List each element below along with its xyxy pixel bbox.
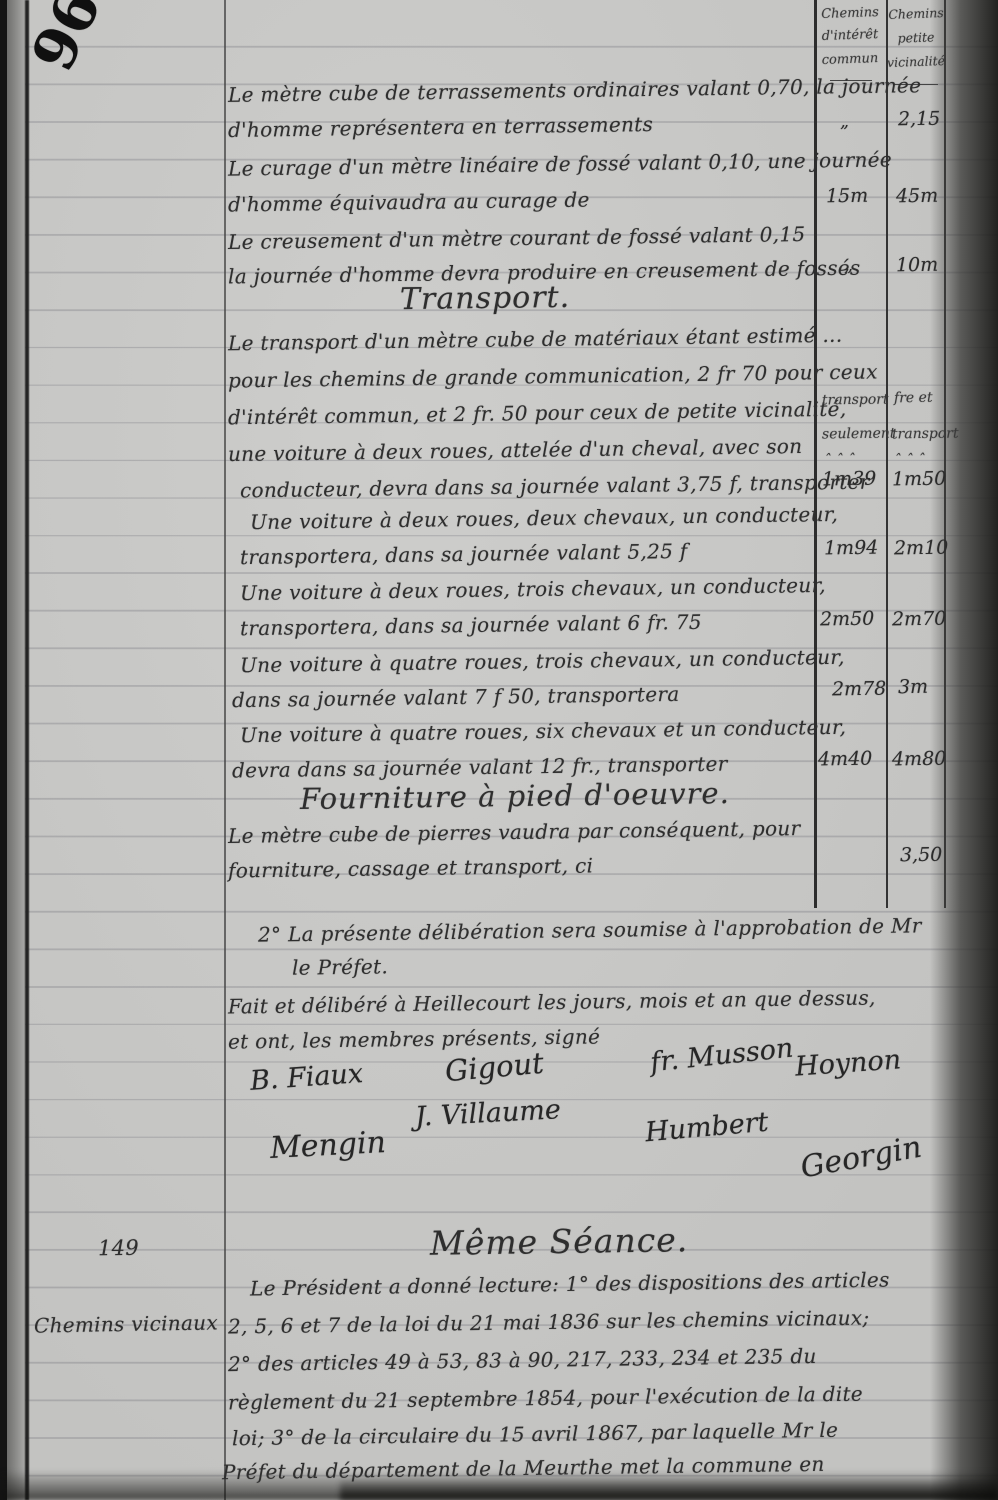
body-line: Une voiture à quatre roues, six chevaux … <box>240 715 846 747</box>
body-line: Le mètre cube de terrassements ordinaire… <box>228 73 922 107</box>
col2-note-line1: fre et <box>894 390 933 407</box>
signature: Georgin <box>798 1130 924 1186</box>
body-line: dans sa journée valant 7 f 50, transport… <box>232 682 680 712</box>
value-cell: 4m40 <box>818 748 873 771</box>
seance-line: 2, 5, 6 et 7 de la loi du 21 mai 1836 su… <box>228 1306 870 1339</box>
value-cell: 2m78 <box>832 678 887 701</box>
fourniture-heading: Fourniture à pied d'oeuvre. <box>300 776 730 816</box>
value-cell: 15m <box>826 185 869 208</box>
seance-line: Le Président a donné lecture: 1° des dis… <box>250 1268 890 1301</box>
signature: B. Fiaux <box>249 1058 364 1097</box>
caret-marks-col2: ˆˆˆ <box>894 452 930 469</box>
value-cell: 3m <box>898 676 928 698</box>
signature: Hoynon <box>794 1044 902 1082</box>
body-line: fourniture, cassage et transport, ci <box>228 853 594 882</box>
body-line: Le mètre cube de pierres vaudra par cons… <box>228 816 801 848</box>
page-number: 96 <box>18 0 114 81</box>
value-cell: 3,50 <box>900 844 943 867</box>
seance-line: règlement du 21 septembre 1854, pour l'e… <box>228 1382 863 1415</box>
value-cell: 2m50 <box>820 608 875 631</box>
body-line: Une voiture à quatre roues, trois chevau… <box>240 645 845 677</box>
body-line: d'homme représentera en terrassements <box>228 112 653 142</box>
binding-gutter <box>7 0 25 1500</box>
col2-header-line2: petite <box>888 29 944 46</box>
table-column-line-2 <box>886 0 888 908</box>
caret-marks-col1: ˆˆˆ <box>824 452 860 469</box>
col2-note-line2: transport <box>892 426 959 443</box>
value-cell: 1m94 <box>824 537 879 560</box>
deliberation-line: le Préfet. <box>292 954 388 979</box>
signature: fr. Musson <box>649 1033 795 1079</box>
bottom-shadow-2 <box>340 1478 998 1500</box>
value-cell: „ <box>844 256 853 276</box>
body-line: Une voiture à deux roues, deux chevaux, … <box>250 502 838 534</box>
value-cell: 10m <box>896 254 939 277</box>
signature: Humbert <box>644 1107 770 1149</box>
value-cell: 2,15 <box>898 108 941 131</box>
body-line: d'homme équivaudra au curage de <box>228 187 590 216</box>
value-cell: „ <box>840 112 849 132</box>
signature: Mengin <box>269 1125 387 1166</box>
body-line: Le transport d'un mètre cube de matériau… <box>228 323 843 356</box>
body-line: conducteur, devra dans sa journée valant… <box>240 470 870 503</box>
value-cell: 2m10 <box>894 537 949 560</box>
register-page: 96 Chemins d'intérêt commun Chemins peti… <box>0 0 998 1500</box>
col1-note-line2: seulement <box>822 425 896 442</box>
table-column-line-1 <box>814 0 817 908</box>
margin-item-number: 149 <box>98 1236 139 1261</box>
body-line: Une voiture à deux roues, trois chevaux,… <box>240 573 826 605</box>
col2-header-line1: Chemins <box>888 5 944 22</box>
col1-header-line3: commun <box>814 51 886 69</box>
body-line: transportera, dans sa journée valant 6 f… <box>240 610 702 640</box>
binding-line <box>25 0 29 1500</box>
deliberation-line: 2° La présente délibération sera soumise… <box>258 913 922 946</box>
value-cell: 1m50 <box>892 468 947 491</box>
value-cell: 4m80 <box>892 748 947 771</box>
margin-rule <box>224 0 226 1500</box>
deliberation-line: et ont, les membres présents, signé <box>228 1024 601 1053</box>
seance-line: 2° des articles 49 à 53, 83 à 90, 217, 2… <box>228 1344 817 1376</box>
seance-heading: Même Séance. <box>430 1220 689 1263</box>
value-cell: 45m <box>896 185 939 208</box>
body-line: transportera, dans sa journée valant 5,2… <box>240 539 688 569</box>
margin-note: Chemins vicinaux <box>34 1310 218 1337</box>
col2-header-line3: vicinalité <box>886 53 946 70</box>
value-cell: 2m70 <box>892 608 947 631</box>
body-line: une voiture à deux roues, attelée d'un c… <box>228 434 803 466</box>
col1-header-line1: Chemins <box>814 5 886 23</box>
seance-line: loi; 3° de la circulaire du 15 avril 186… <box>232 1418 838 1450</box>
signature: Gigout <box>444 1046 545 1088</box>
binding-edge <box>0 0 7 1500</box>
signature: J. Villaume <box>414 1094 561 1133</box>
col1-header-line2: d'intérêt <box>814 27 886 45</box>
transport-heading: Transport. <box>400 280 571 317</box>
body-line: d'intérêt commun, et 2 fr. 50 pour ceux … <box>228 397 847 430</box>
body-line: pour les chemins de grande communication… <box>228 359 878 392</box>
deliberation-line: Fait et délibéré à Heillecourt les jours… <box>228 985 876 1018</box>
value-cell: 1m39 <box>822 468 877 491</box>
col1-note-line1: transport <box>822 392 889 409</box>
body-line: Le creusement d'un mètre courant de foss… <box>228 222 806 254</box>
body-line: Le curage d'un mètre linéaire de fossé v… <box>228 147 892 180</box>
